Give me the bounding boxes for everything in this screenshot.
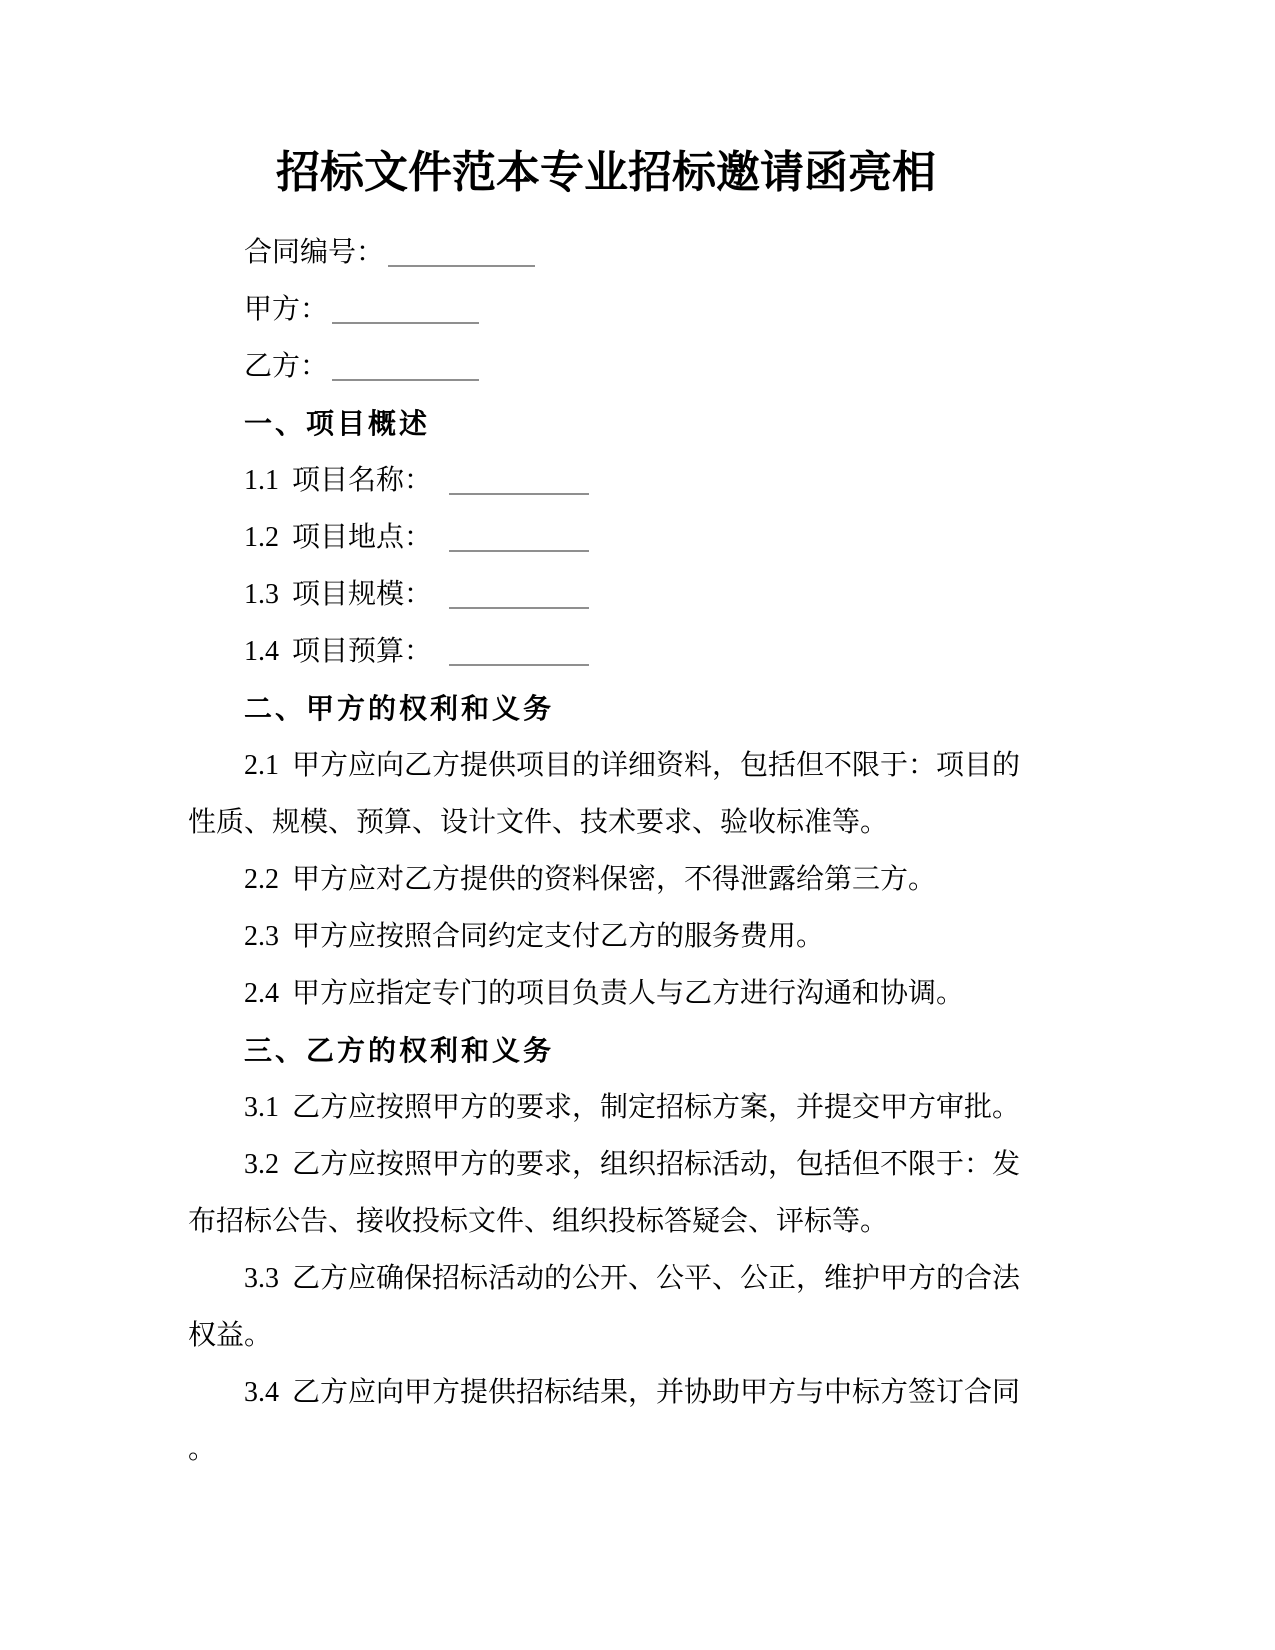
- section-3-heading: 三、乙方的权利和义务: [188, 1022, 1024, 1079]
- item-1-4-blank: [449, 634, 589, 666]
- item-1-2-blank: [449, 520, 589, 552]
- party-b-line: 乙方：: [188, 338, 1024, 395]
- item-1-4-line: 1.4项目预算：: [188, 623, 1024, 680]
- item-1-1-blank: [449, 463, 589, 495]
- clause-2-2-number: 2.2: [244, 864, 279, 895]
- clause-2-2-text: 甲方应对乙方提供的资料保密，不得泄露给第三方。: [292, 864, 936, 895]
- clause-3-4-line-2: 。: [188, 1421, 1024, 1478]
- clause-2-1-text-1: 甲方应向乙方提供项目的详细资料，包括但不限于：项目的: [292, 750, 1020, 781]
- section-1-heading: 一、项目概述: [188, 395, 1024, 452]
- party-b-label: 乙方：: [244, 351, 328, 382]
- clause-3-2-number: 3.2: [244, 1149, 279, 1180]
- clause-2-4-line: 2.4甲方应指定专门的项目负责人与乙方进行沟通和协调。: [188, 965, 1024, 1022]
- item-1-1-line: 1.1项目名称：: [188, 452, 1024, 509]
- clause-2-3-text: 甲方应按照合同约定支付乙方的服务费用。: [292, 921, 824, 952]
- clause-3-3-number: 3.3: [244, 1263, 279, 1294]
- party-a-label: 甲方：: [244, 294, 328, 325]
- document-page: 招标文件范本专业招标邀请函亮相 合同编号： 甲方： 乙方： 一、项目概述 1.1…: [0, 0, 1275, 1650]
- clause-2-4-text: 甲方应指定专门的项目负责人与乙方进行沟通和协调。: [292, 978, 964, 1009]
- item-1-1-number: 1.1: [244, 465, 279, 496]
- item-1-4-label: 项目预算：: [292, 636, 432, 667]
- item-1-3-number: 1.3: [244, 579, 279, 610]
- item-1-3-blank: [449, 577, 589, 609]
- item-1-3-label: 项目规模：: [292, 579, 432, 610]
- clause-3-4-number: 3.4: [244, 1377, 279, 1408]
- contract-number-blank: [388, 235, 535, 267]
- document-body: 合同编号： 甲方： 乙方： 一、项目概述 1.1项目名称： 1.2项目地点： 1…: [188, 224, 1024, 1478]
- clause-2-3-line: 2.3甲方应按照合同约定支付乙方的服务费用。: [188, 908, 1024, 965]
- party-a-blank: [332, 292, 479, 324]
- party-b-blank: [332, 349, 479, 381]
- clause-2-4-number: 2.4: [244, 978, 279, 1009]
- item-1-1-label: 项目名称：: [292, 465, 432, 496]
- clause-2-1-line-2: 性质、规模、预算、设计文件、技术要求、验收标准等。: [188, 794, 1024, 851]
- clause-3-3-line-2: 权益。: [188, 1307, 1024, 1364]
- section-2-heading: 二、甲方的权利和义务: [188, 680, 1024, 737]
- document-title: 招标文件范本专业招标邀请函亮相: [188, 146, 1024, 200]
- clause-2-2-line: 2.2甲方应对乙方提供的资料保密，不得泄露给第三方。: [188, 851, 1024, 908]
- clause-3-4-line-1: 3.4乙方应向甲方提供招标结果，并协助甲方与中标方签订合同: [188, 1364, 1024, 1421]
- party-a-line: 甲方：: [188, 281, 1024, 338]
- contract-number-label: 合同编号：: [244, 237, 384, 268]
- item-1-2-label: 项目地点：: [292, 522, 432, 553]
- contract-number-line: 合同编号：: [188, 224, 1024, 281]
- clause-3-3-line-1: 3.3乙方应确保招标活动的公开、公平、公正，维护甲方的合法: [188, 1250, 1024, 1307]
- clause-3-4-text-1: 乙方应向甲方提供招标结果，并协助甲方与中标方签订合同: [292, 1377, 1020, 1408]
- clause-2-3-number: 2.3: [244, 921, 279, 952]
- item-1-2-number: 1.2: [244, 522, 279, 553]
- document-content: 招标文件范本专业招标邀请函亮相 合同编号： 甲方： 乙方： 一、项目概述 1.1…: [188, 146, 1024, 1478]
- clause-2-1-line-1: 2.1甲方应向乙方提供项目的详细资料，包括但不限于：项目的: [188, 737, 1024, 794]
- clause-3-2-line-1: 3.2乙方应按照甲方的要求，组织招标活动，包括但不限于：发: [188, 1136, 1024, 1193]
- clause-3-2-text-1: 乙方应按照甲方的要求，组织招标活动，包括但不限于：发: [292, 1149, 1020, 1180]
- clause-3-2-line-2: 布招标公告、接收投标文件、组织投标答疑会、评标等。: [188, 1193, 1024, 1250]
- clause-3-1-number: 3.1: [244, 1092, 279, 1123]
- clause-3-1-line: 3.1乙方应按照甲方的要求，制定招标方案，并提交甲方审批。: [188, 1079, 1024, 1136]
- item-1-3-line: 1.3项目规模：: [188, 566, 1024, 623]
- clause-3-3-text-1: 乙方应确保招标活动的公开、公平、公正，维护甲方的合法: [292, 1263, 1020, 1294]
- item-1-2-line: 1.2项目地点：: [188, 509, 1024, 566]
- clause-2-1-number: 2.1: [244, 750, 279, 781]
- clause-3-1-text: 乙方应按照甲方的要求，制定招标方案，并提交甲方审批。: [292, 1092, 1020, 1123]
- item-1-4-number: 1.4: [244, 636, 279, 667]
